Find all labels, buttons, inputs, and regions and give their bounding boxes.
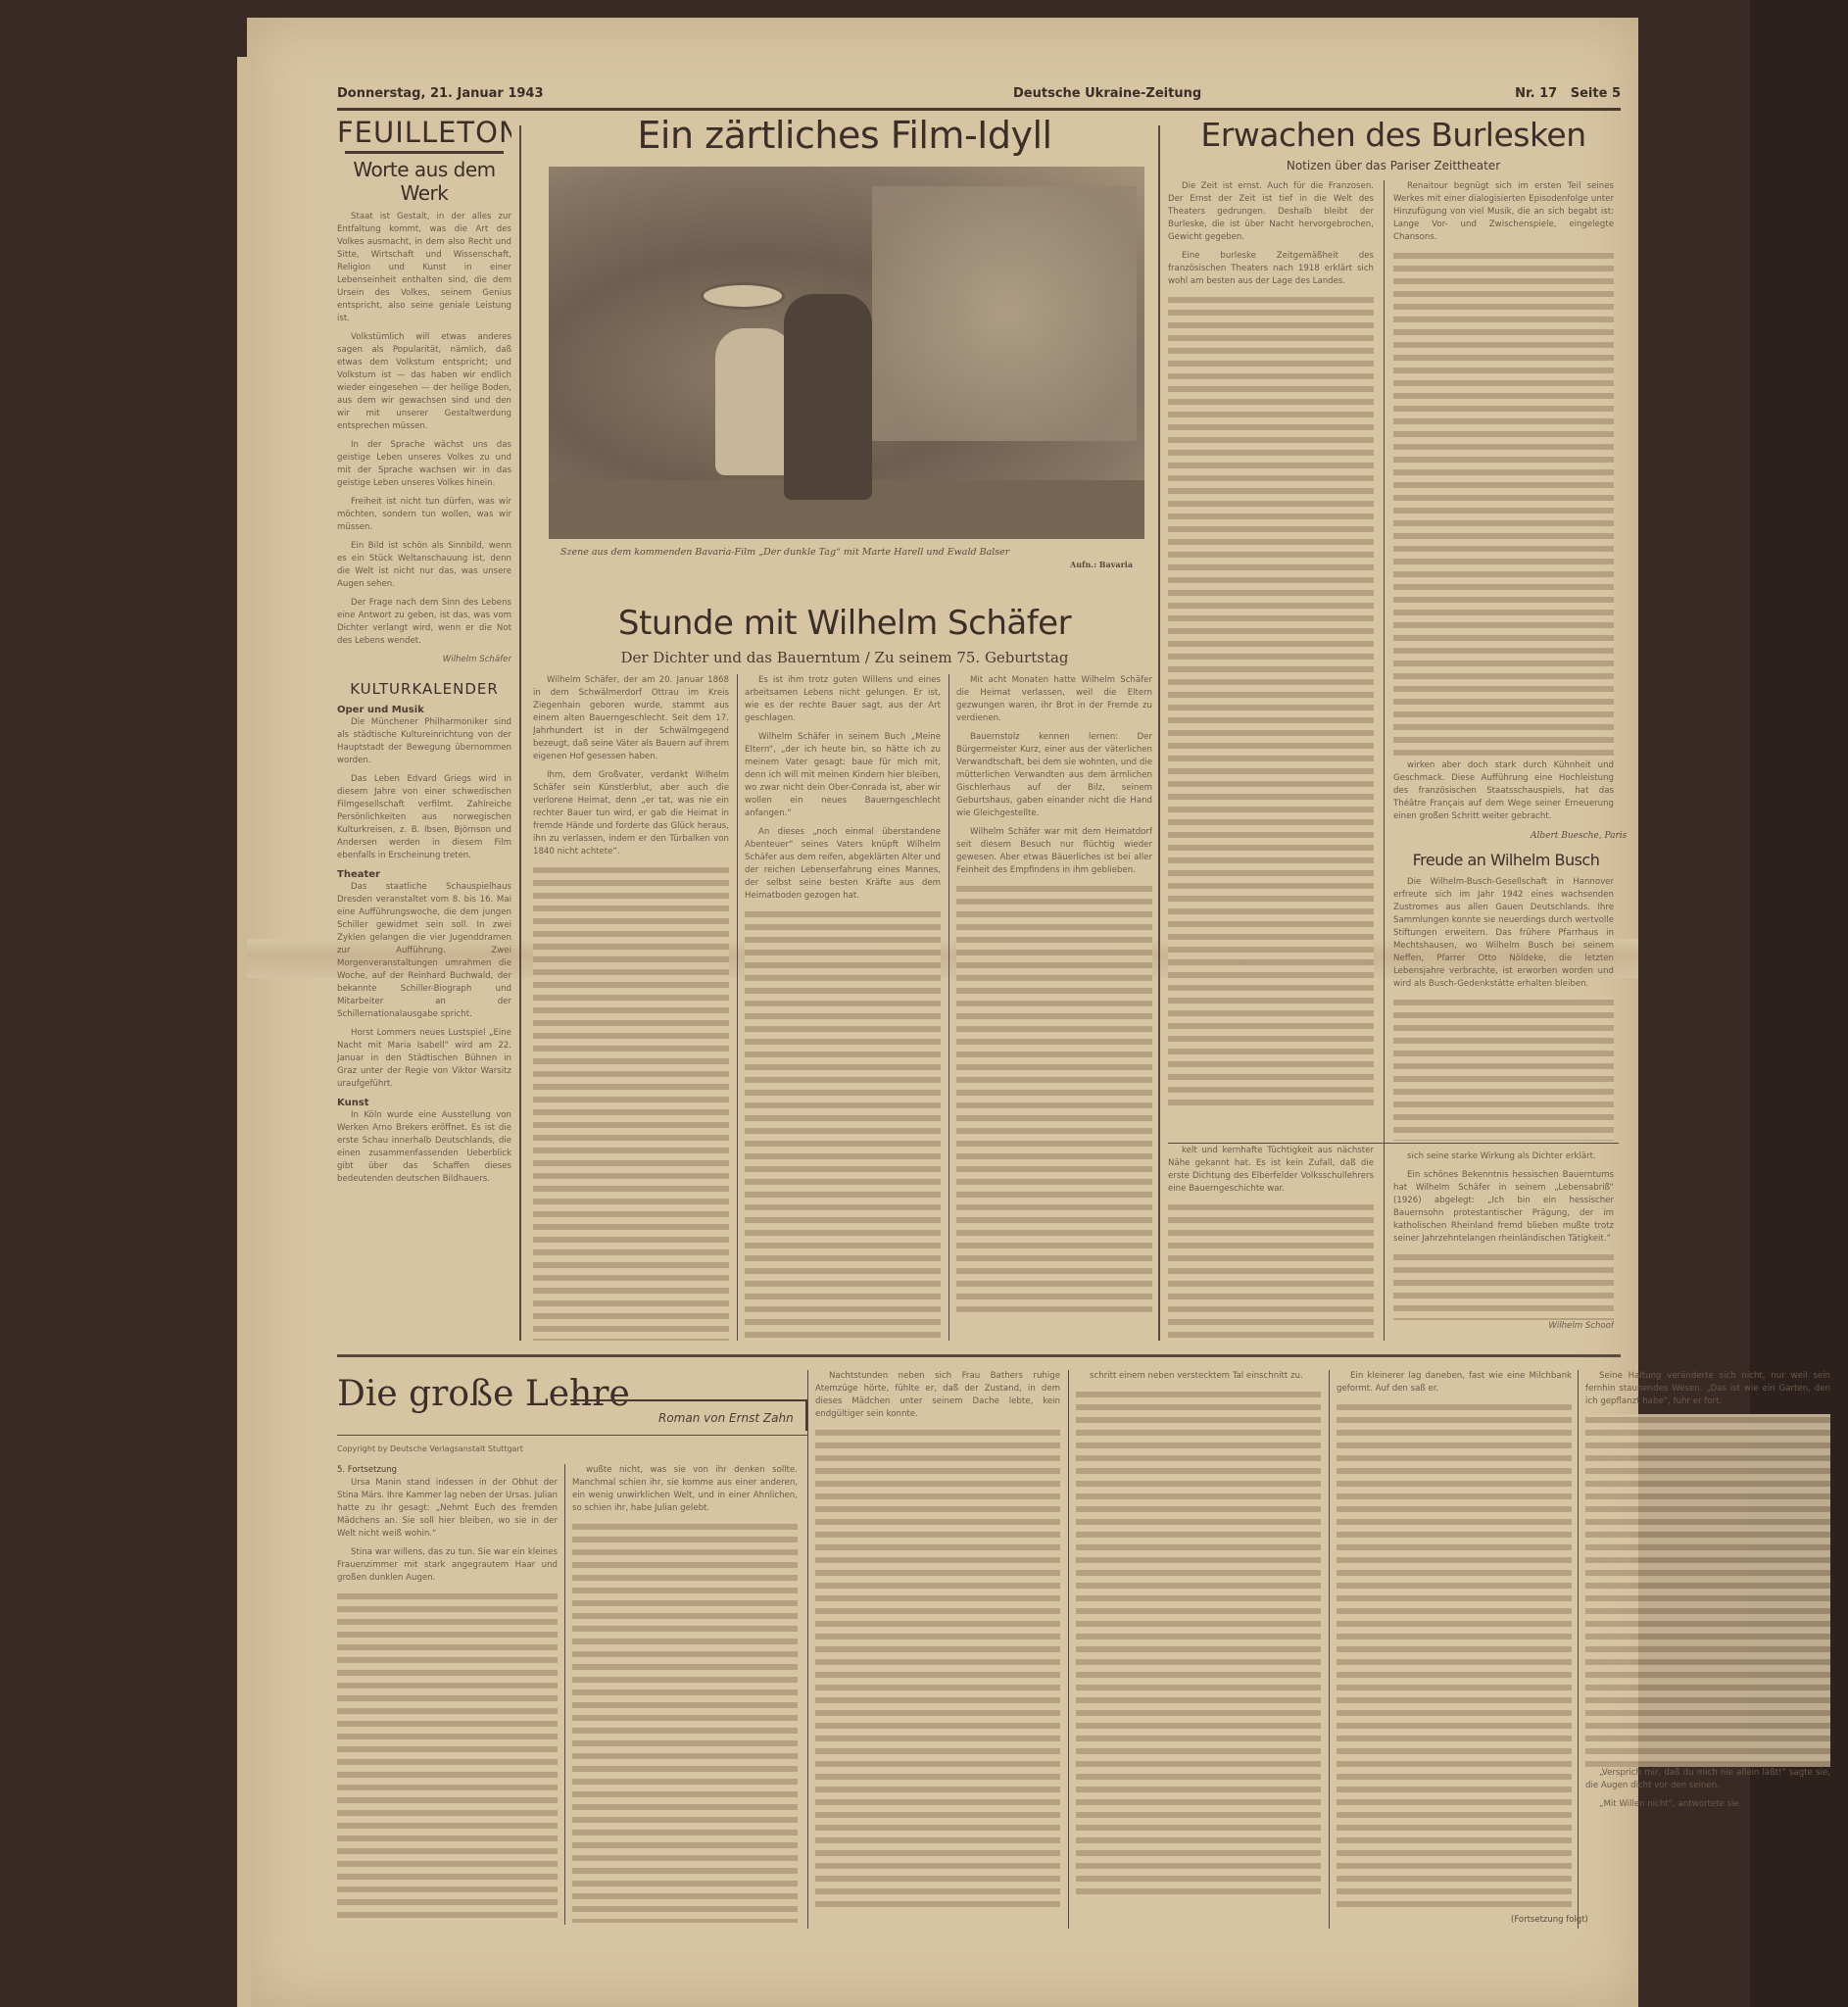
paragraph: Renaitour begnügt sich im ersten Teil se… (1393, 180, 1614, 244)
paragraph: wirken aber doch stark durch Kühnheit un… (1393, 759, 1614, 823)
paragraph: kelt und kernhafte Tüchtigkeit aus nächs… (1168, 1145, 1374, 1196)
burlesken-column-2: Renaitour begnügt sich im ersten Teil se… (1393, 180, 1614, 827)
masthead-date: Donnerstag, 21. Januar 1943 (337, 86, 544, 101)
paragraph: „Versprich mir, daß du mich nie allein l… (1585, 1767, 1830, 1792)
paragraph: Freiheit ist nicht tun dürfen, was wir m… (337, 496, 511, 534)
paragraph: Die Zeit ist ernst. Auch für die Franzos… (1168, 180, 1374, 244)
continued-note: (Fortsetzung folgt) (1511, 1915, 1588, 1925)
burlesken-title: Erwachen des Burlesken (1168, 116, 1619, 154)
paragraph: Mit acht Monaten hatte Wilhelm Schäfer d… (956, 674, 1152, 725)
paragraph: Die Wilhelm-Busch-Gesellschaft in Hannov… (1393, 876, 1614, 991)
burlesken-column-1: Die Zeit ist ernst. Auch für die Franzos… (1168, 180, 1374, 1131)
paragraph: schritt einem neben verstecktem Tal eins… (1076, 1370, 1321, 1383)
busch-title: Freude an Wilhelm Busch (1393, 851, 1619, 869)
title-underline (345, 151, 504, 154)
roman-column-4: schritt einem neben verstecktem Tal eins… (1076, 1370, 1321, 1929)
paragraph: In der Sprache wächst uns das geistige L… (337, 439, 511, 490)
schaefer-continued: sich seine starke Wirkung als Dichter er… (1393, 1150, 1614, 1346)
masthead-newspaper: Deutsche Ukraine-Zeitung (1013, 86, 1201, 101)
paragraph: Horst Lommers neues Lustspiel „Eine Nach… (337, 1027, 511, 1091)
photo-credit: Aufn.: Bavaria (1070, 560, 1133, 569)
paragraph: Bauernstolz kennen lernen: Der Bürgermei… (956, 731, 1152, 820)
photo-caption: Szene aus dem kommenden Bavaria-Film „De… (560, 547, 1009, 558)
schaefer-column-3: Mit acht Monaten hatte Wilhelm Schäfer d… (956, 674, 1152, 1341)
paragraph: In Köln wurde eine Ausstellung von Werke… (337, 1109, 511, 1186)
paragraph: Es ist ihm trotz guten Willens und eines… (745, 674, 941, 725)
film-photo (549, 167, 1144, 539)
paragraph: Ein kleinerer lag daneben, fast wie eine… (1337, 1370, 1572, 1395)
paragraph: Seine Haltung veränderte sich nicht, nur… (1585, 1370, 1830, 1408)
roman-column-3: Nachtstunden neben sich Frau Bathers ruh… (815, 1370, 1060, 1929)
subheading: Kunst (337, 1097, 511, 1109)
paragraph: Volkstümlich will etwas anderes sagen al… (337, 331, 511, 433)
paragraph: Eine burleske Zeitgemäßheit des französi… (1168, 250, 1374, 288)
kulturkalender-body: Oper und Musik Die Münchener Philharmoni… (337, 704, 511, 1186)
column-rule (519, 125, 521, 1341)
burlesken-signature: Albert Buesche, Paris (1531, 831, 1627, 841)
burlesken-subtitle: Notizen über das Pariser Zeittheater (1168, 159, 1619, 172)
busch-body: Die Wilhelm-Busch-Gesellschaft in Hannov… (1393, 876, 1614, 1141)
subheading: Oper und Musik (337, 704, 511, 716)
roman-column-2: wußte nicht, was sie von ihr denken soll… (572, 1464, 798, 1925)
section-title: FEUILLETON (337, 116, 511, 149)
schaefer-subtitle: Der Dichter und das Bauerntum / Zu seine… (531, 649, 1158, 666)
paragraph: Ihm, dem Großvater, verdankt Wilhelm Sch… (533, 769, 729, 858)
woman-figure (715, 328, 794, 475)
schaefer-title: Stunde mit Wilhelm Schäfer (531, 604, 1158, 643)
paragraph: Der Frage nach dem Sinn des Lebens eine … (337, 597, 511, 648)
roman-column-5: Ein kleinerer lag daneben, fast wie eine… (1337, 1370, 1572, 1929)
roman-column-6: Seine Haltung veränderte sich nicht, nur… (1585, 1370, 1830, 1899)
paragraph: sich seine starke Wirkung als Dichter er… (1393, 1150, 1614, 1163)
man-figure (784, 294, 872, 500)
kulturkalender-title: KULTURKALENDER (337, 680, 511, 698)
paragraph: Ursa Manin stand indessen in der Obhut d… (337, 1477, 558, 1541)
signature: Wilhelm Schäfer (337, 654, 511, 666)
paragraph: Die Münchener Philharmoniker sind als st… (337, 716, 511, 767)
installment: 5. Fortsetzung (337, 1464, 558, 1477)
schaefer-column-4: kelt und kernhafte Tüchtigkeit aus nächs… (1168, 1145, 1374, 1341)
paragraph: „Mit Willen nicht“, antwortete sie. (1585, 1798, 1830, 1811)
paragraph: Wilhelm Schäfer, der am 20. Januar 1868 … (533, 674, 729, 763)
hat-figure (701, 282, 785, 310)
schaefer-column-1: Wilhelm Schäfer, der am 20. Januar 1868 … (533, 674, 729, 1341)
paragraph: Nachtstunden neben sich Frau Bathers ruh… (815, 1370, 1060, 1421)
roman-copyright: Copyright by Deutsche Verlagsanstalt Stu… (337, 1444, 523, 1453)
newspaper-page: Donnerstag, 21. Januar 1943 Deutsche Ukr… (247, 18, 1638, 2007)
film-title: Ein zärtliches Film-Idyll (531, 114, 1158, 157)
column-rule (1158, 125, 1160, 1341)
article-body: Staat ist Gestalt, in der alles zur Entf… (337, 211, 511, 666)
section-rule (337, 1354, 1621, 1357)
paragraph: Das staatliche Schauspielhaus Dresden ve… (337, 881, 511, 1021)
subheading: Theater (337, 868, 511, 881)
masthead: Donnerstag, 21. Januar 1943 Deutsche Ukr… (337, 82, 1621, 111)
page-number: Seite 5 (1571, 86, 1621, 101)
paragraph: Stina war willens, das zu tun. Sie war e… (337, 1546, 558, 1585)
article-title: Worte aus dem Werk (337, 158, 511, 205)
masthead-issue-page: Nr. 17 Seite 5 (1515, 86, 1621, 101)
feuilleton-column: FEUILLETON Worte aus dem Werk Staat ist … (337, 116, 511, 1331)
paragraph: wußte nicht, was sie von ihr denken soll… (572, 1464, 798, 1515)
paragraph: Staat ist Gestalt, in der alles zur Entf… (337, 211, 511, 325)
paragraph: An dieses „noch einmal überstandene Aben… (745, 826, 941, 903)
roman-subtitle: Roman von Ernst Zahn (658, 1411, 794, 1425)
schaefer-column-2: Es ist ihm trotz guten Willens und eines… (745, 674, 941, 1341)
paragraph: Ein Bild ist schön als Sinnbild, wenn es… (337, 540, 511, 591)
paragraph: Wilhelm Schäfer in seinem Buch „Meine El… (745, 731, 941, 820)
paragraph: Ein schönes Bekenntnis hessischen Bauern… (1393, 1169, 1614, 1246)
paragraph: Wilhelm Schäfer war mit dem Heimatdorf s… (956, 826, 1152, 877)
signature: Wilhelm Schoof (1393, 1320, 1614, 1333)
roman-column-1: 5. Fortsetzung Ursa Manin stand indessen… (337, 1464, 558, 1925)
paragraph: Das Leben Edvard Griegs wird in diesem J… (337, 773, 511, 862)
issue-number: Nr. 17 (1515, 86, 1557, 101)
